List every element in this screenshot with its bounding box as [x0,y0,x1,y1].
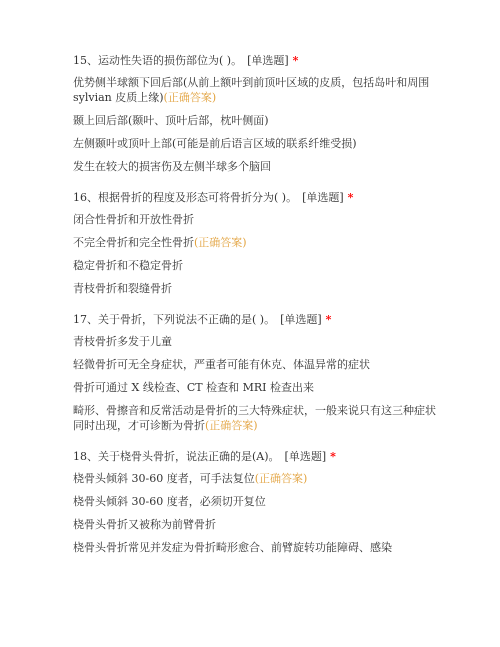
option-list: 桡骨头倾斜 30-60 度者，可手法复位(正确答案) 桡骨头倾斜 30-60 度… [73,471,441,555]
question-block: 15、运动性失语的损伤部位为( )。[单选题]* 优势侧半球额下回后部(从前上额… [73,53,441,174]
option-text: 青枝骨折多发于儿童 [73,335,172,348]
question-type-label: [单选题] [280,313,322,326]
option-text: 发生在较大的损害伤及左侧半球多个脑回 [73,160,271,173]
correct-answer-label: (正确答案) [164,91,217,104]
answer-option: 不完全骨折和完全性骨折(正确答案) [73,235,441,250]
question-title-text: 18、关于桡骨头骨折，说法正确的是(A)。 [73,450,280,463]
answer-option: 闭合性骨折和开放性骨折 [73,212,441,227]
option-text: 骨折可通过 X 线检查、CT 检查和 MRI 检查出来 [73,381,314,394]
question-title-text: 15、运动性失语的损伤部位为( )。 [73,54,242,67]
answer-option: 轻微骨折可无全身症状，严重者可能有休克、体温异常的症状 [73,357,441,372]
option-text: 桡骨头骨折又被称为前臂骨折 [73,518,216,531]
question-type-label: [单选题] [247,54,289,67]
answer-option: 稳定骨折和不稳定骨折 [73,258,441,273]
answer-option: 桡骨头骨折常见并发症为骨折畸形愈合、前臂旋转功能障碍、感染 [73,540,441,555]
option-text: 青枝骨折和裂缝骨折 [73,282,172,295]
answer-option: 青枝骨折多发于儿童 [73,334,441,349]
option-text: 桡骨头倾斜 30-60 度者，必须切开复位 [73,495,266,508]
required-asterisk: * [348,191,354,204]
option-text: 优势侧半球额下回后部(从前上额叶到前顶叶区域的皮质，包括岛叶和周围 sylvia… [73,76,429,104]
option-text: 颞上回后部(颞叶、顶叶后部，枕叶侧面) [73,114,269,127]
required-asterisk: * [326,313,332,326]
required-asterisk: * [293,54,299,67]
correct-answer-label: (正确答案) [194,236,247,249]
option-list: 优势侧半球额下回后部(从前上额叶到前顶叶区域的皮质，包括岛叶和周围 sylvia… [73,75,441,174]
answer-option: 青枝骨折和裂缝骨折 [73,281,441,296]
question-type-label: [单选题] [285,450,327,463]
question-title-text: 17、关于骨折，下列说法不正确的是( )。 [73,313,275,326]
option-text: 桡骨头倾斜 30-60 度者，可手法复位 [73,472,255,485]
answer-option: 优势侧半球额下回后部(从前上额叶到前顶叶区域的皮质，包括岛叶和周围 sylvia… [73,75,441,105]
question-title: 17、关于骨折，下列说法不正确的是( )。[单选题]* [73,312,441,327]
answer-option: 左侧颞叶或顶叶上部(可能是前后语言区域的联系纤维受损) [73,136,441,151]
answer-option: 骨折可通过 X 线检查、CT 检查和 MRI 检查出来 [73,380,441,395]
answer-option: 桡骨头倾斜 30-60 度者，可手法复位(正确答案) [73,471,441,486]
answer-option: 桡骨头骨折又被称为前臂骨折 [73,517,441,532]
answer-option: 桡骨头倾斜 30-60 度者，必须切开复位 [73,494,441,509]
required-asterisk: * [330,450,336,463]
option-list: 闭合性骨折和开放性骨折 不完全骨折和完全性骨折(正确答案) 稳定骨折和不稳定骨折… [73,212,441,296]
answer-option: 颞上回后部(颞叶、顶叶后部，枕叶侧面) [73,113,441,128]
question-list: 15、运动性失语的损伤部位为( )。[单选题]* 优势侧半球额下回后部(从前上额… [73,53,441,555]
question-title: 15、运动性失语的损伤部位为( )。[单选题]* [73,53,441,68]
answer-option: 畸形、骨擦音和反常活动是骨折的三大特殊症状，一般来说只有这三种症状同时出现，才可… [73,403,441,433]
question-title: 18、关于桡骨头骨折，说法正确的是(A)。[单选题]* [73,449,441,464]
question-block: 18、关于桡骨头骨折，说法正确的是(A)。[单选题]* 桡骨头倾斜 30-60 … [73,449,441,555]
answer-option: 发生在较大的损害伤及左侧半球多个脑回 [73,159,441,174]
question-type-label: [单选题] [302,191,344,204]
option-list: 青枝骨折多发于儿童 轻微骨折可无全身症状，严重者可能有休克、体温异常的症状 骨折… [73,334,441,433]
option-text: 左侧颞叶或顶叶上部(可能是前后语言区域的联系纤维受损) [73,137,357,150]
question-title: 16、根据骨折的程度及形态可将骨折分为( )。[单选题]* [73,190,441,205]
exam-document: 15、运动性失语的损伤部位为( )。[单选题]* 优势侧半球额下回后部(从前上额… [0,0,500,555]
question-block: 17、关于骨折，下列说法不正确的是( )。[单选题]* 青枝骨折多发于儿童 轻微… [73,312,441,433]
option-text: 桡骨头骨折常见并发症为骨折畸形愈合、前臂旋转功能障碍、感染 [73,541,392,554]
option-text: 闭合性骨折和开放性骨折 [73,213,194,226]
option-text: 稳定骨折和不稳定骨折 [73,259,183,272]
option-text: 轻微骨折可无全身症状，严重者可能有休克、体温异常的症状 [73,358,370,371]
question-block: 16、根据骨折的程度及形态可将骨折分为( )。[单选题]* 闭合性骨折和开放性骨… [73,190,441,296]
correct-answer-label: (正确答案) [255,472,308,485]
correct-answer-label: (正确答案) [205,419,258,432]
option-text: 不完全骨折和完全性骨折 [73,236,194,249]
question-title-text: 16、根据骨折的程度及形态可将骨折分为( )。 [73,191,297,204]
